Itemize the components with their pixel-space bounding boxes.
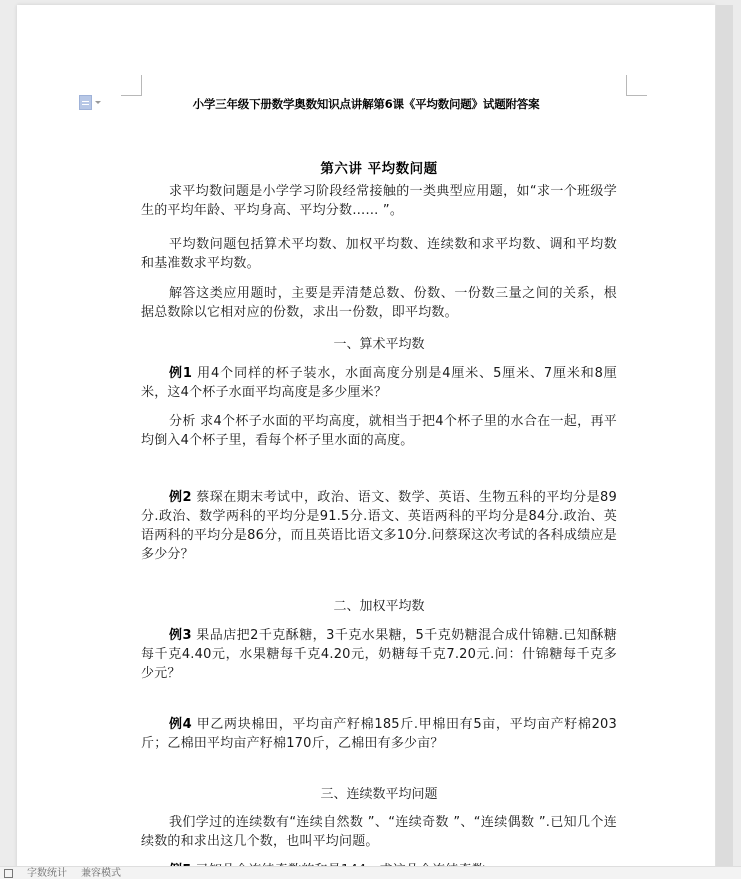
status-bar: 字数统计 兼容模式: [0, 866, 741, 879]
example-paragraph: 例2 蔡琛在期末考试中，政治、语文、数学、英语、生物五科的平均分是89分.政治、…: [141, 488, 617, 564]
section-heading: 二、加权平均数: [141, 595, 617, 614]
example-label: 例4: [169, 717, 192, 732]
status-compat-mode: 兼容模式: [81, 867, 121, 879]
example-paragraph: 例4 甲乙两块棉田，平均亩产籽棉185斤.甲棉田有5亩，平均亩产籽棉203斤；乙…: [141, 715, 617, 753]
margin-corner-top-left: [121, 75, 142, 96]
example-paragraph: 例1 用4个同样的杯子装水，水面高度分别是4厘米、5厘米、7厘米和8厘米，这4个…: [141, 364, 617, 402]
example-paragraph: 例3 果品店把2千克酥糖，3千克水果糖，5千克奶糖混合成什锦糖.已知酥糖每千克4…: [141, 626, 617, 683]
vertical-scrollbar[interactable]: [716, 5, 733, 866]
section-heading: 三、连续数平均问题: [141, 783, 617, 802]
example-label: 例3: [169, 628, 192, 643]
example-text: 果品店把2千克酥糖，3千克水果糖，5千克奶糖混合成什锦糖.已知酥糖每千克4.40…: [141, 628, 617, 681]
section-heading: 一、算术平均数: [141, 333, 617, 352]
intro-paragraph: 平均数问题包括算术平均数、加权平均数、连续数和求平均数、调和平均数和基准数求平均…: [141, 235, 617, 273]
section-paragraph: 我们学过的连续数有“连续自然数 ”、“连续奇数 ”、“连续偶数 ”.已知几个连续…: [141, 813, 617, 851]
status-word-count[interactable]: 字数统计: [27, 867, 67, 879]
margin-corner-top-right: [626, 75, 647, 96]
example-text: 用4个同样的杯子装水，水面高度分别是4厘米、5厘米、7厘米和8厘米，这4个杯子水…: [141, 366, 617, 400]
analysis-paragraph: 分析 求4个杯子水面的平均高度，就相当于把4个杯子里的水合在一起，再平均倒入4个…: [141, 412, 617, 450]
intro-paragraph: 解答这类应用题时，主要是弄清楚总数、份数、一份数三量之间的关系，根据总数除以它相…: [141, 284, 617, 322]
document-page[interactable]: 小学三年级下册数学奥数知识点讲解第6课《平均数问题》试题附答案 第六讲 平均数问…: [17, 5, 715, 875]
example-label: 例1: [169, 366, 192, 381]
example-label: 例2: [169, 490, 192, 505]
example-text: 蔡琛在期末考试中，政治、语文、数学、英语、生物五科的平均分是89分.政治、数学两…: [141, 490, 617, 562]
intro-paragraph: 求平均数问题是小学学习阶段经常接触的一类典型应用题，如“求一个班级学生的平均年龄…: [141, 182, 617, 220]
page-header-title: 小学三年级下册数学奥数知识点讲解第6课《平均数问题》试题附答案: [17, 96, 715, 112]
status-doc-icon: [4, 869, 13, 878]
lesson-title: 第六讲 平均数问题: [141, 157, 617, 177]
example-text: 甲乙两块棉田，平均亩产籽棉185斤.甲棉田有5亩，平均亩产籽棉203斤；乙棉田平…: [141, 717, 617, 751]
